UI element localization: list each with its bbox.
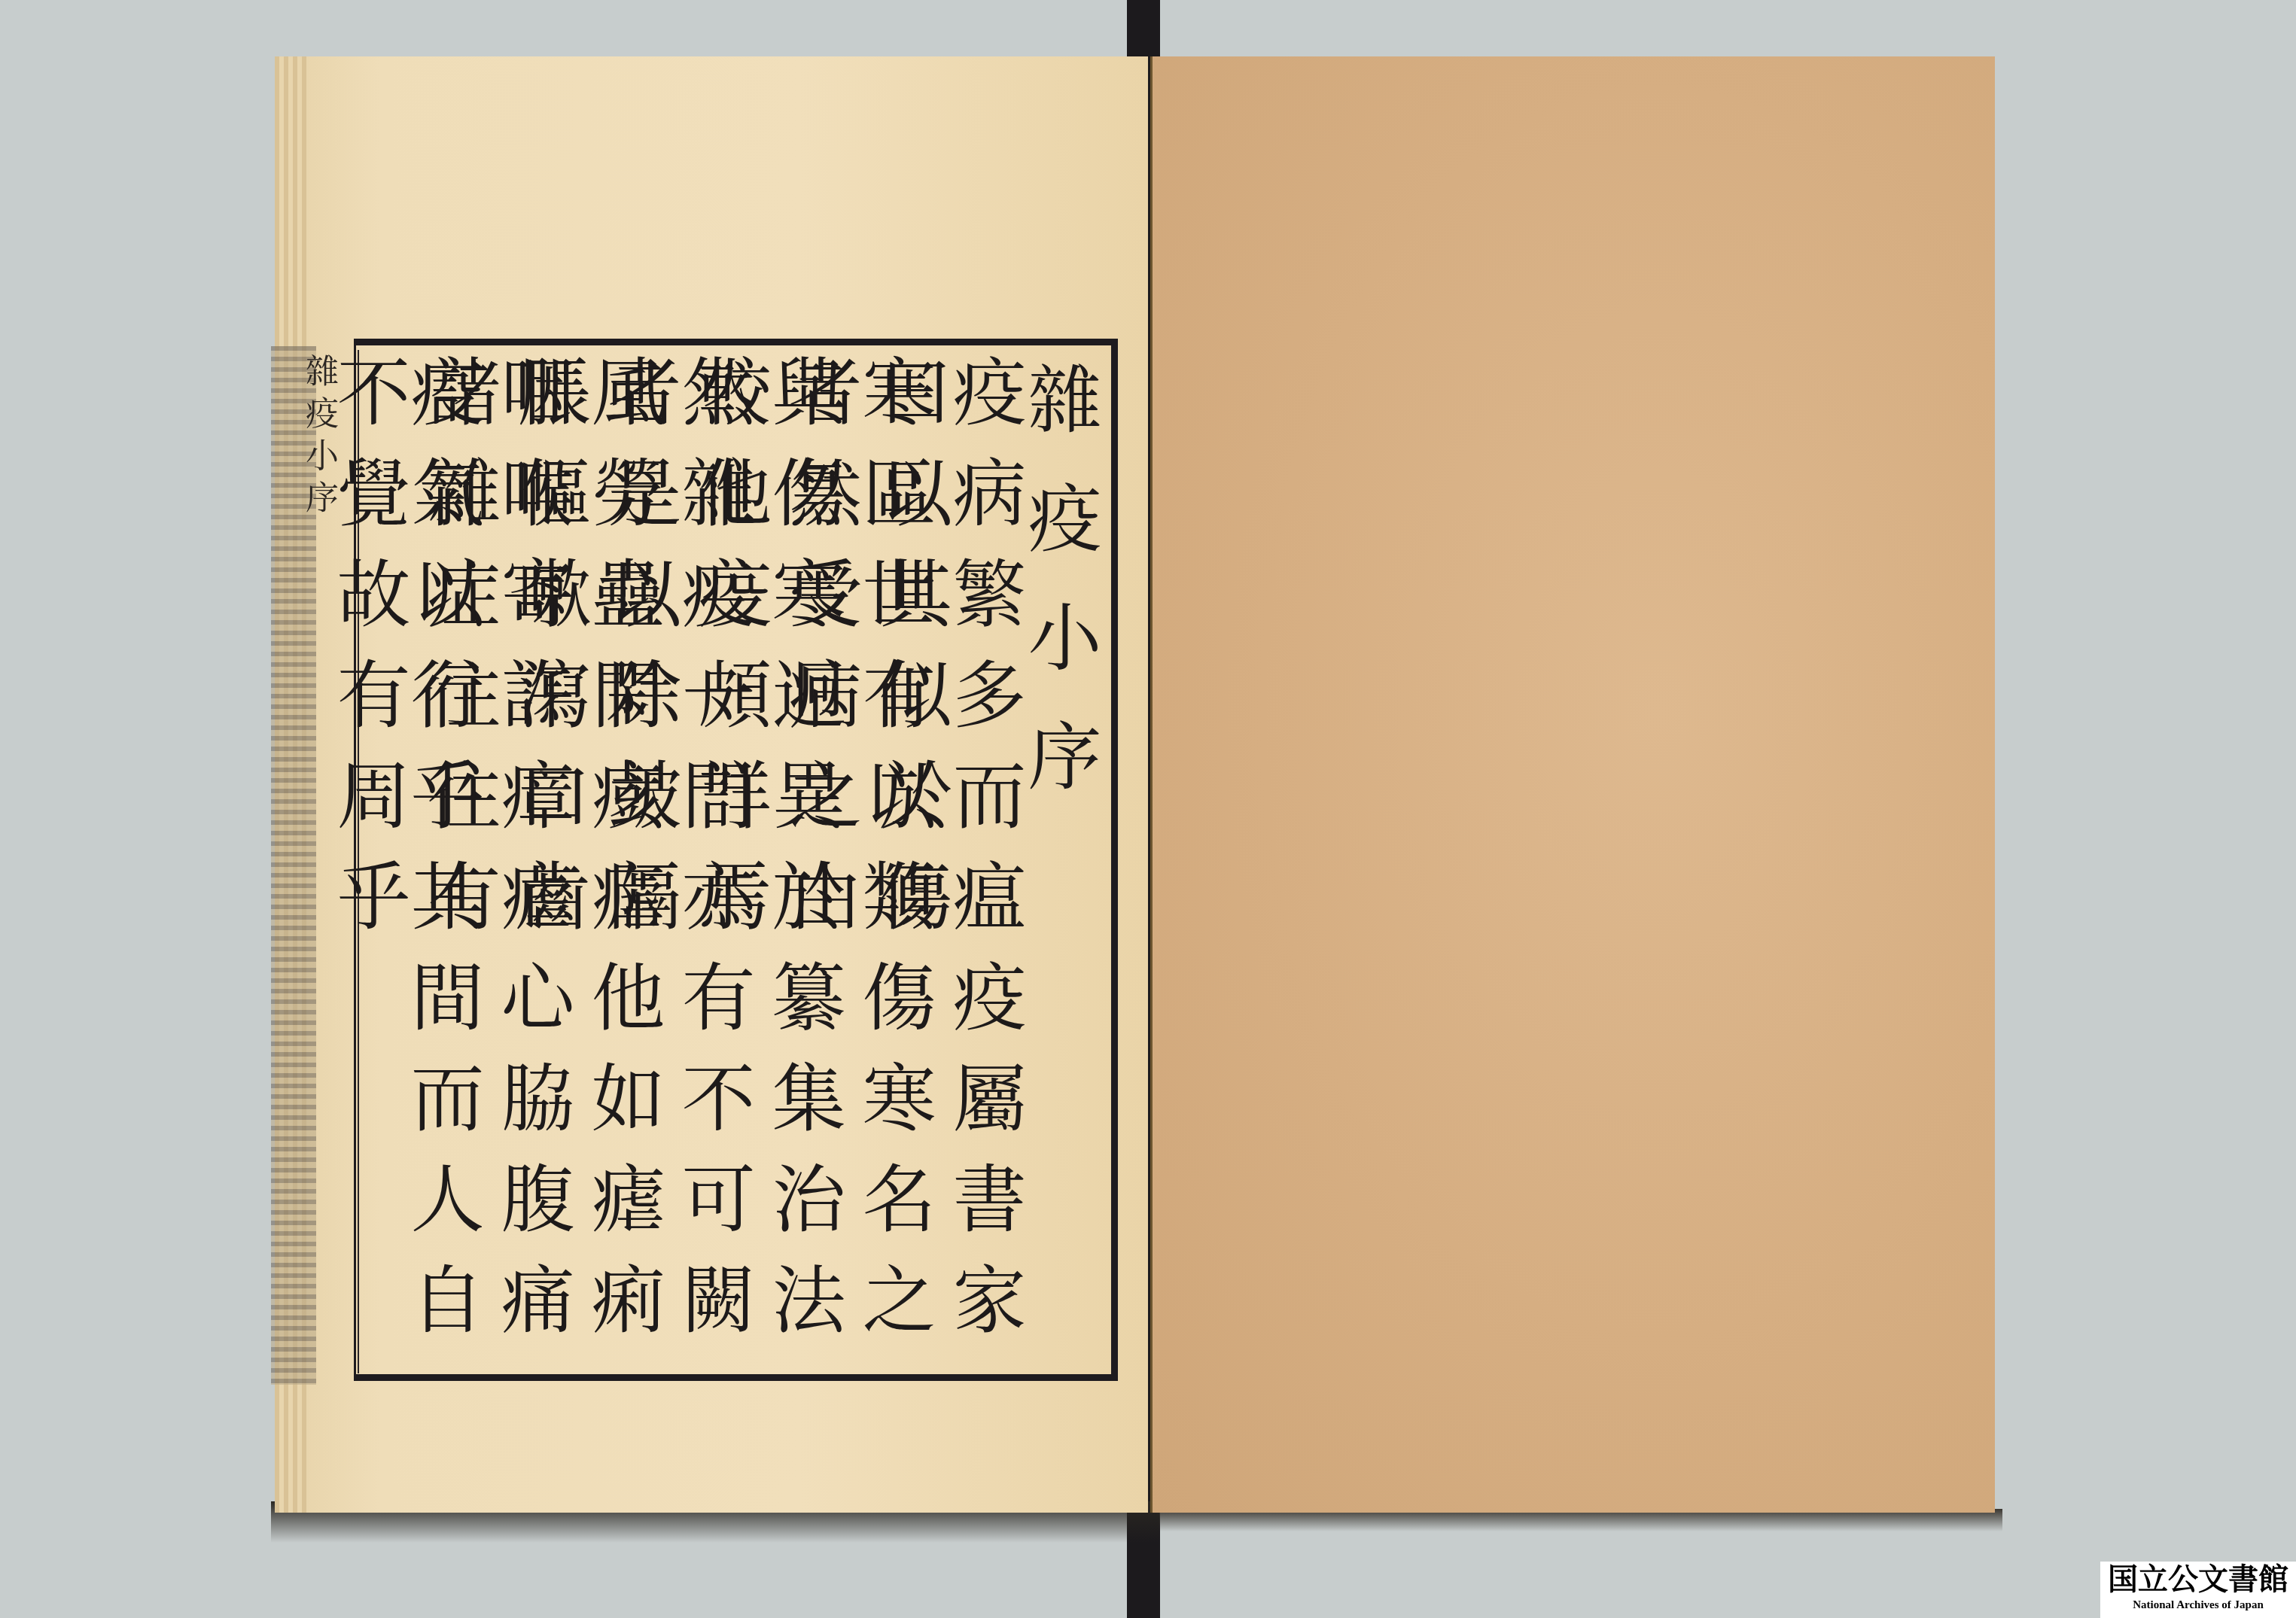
preface-title: 雜疫小序	[1020, 361, 1095, 1377]
archive-watermark: 国立公文書館 National Archives of Japan	[2100, 1562, 2296, 1618]
watermark-japanese: 国立公文書館	[2100, 1562, 2296, 1598]
watermark-english: National Archives of Japan	[2100, 1598, 2296, 1613]
right-page-blank	[1152, 56, 1995, 1513]
book-gutter	[1150, 56, 1153, 1513]
text-block: 雜疫小序 疫病繁多而瘟疫屬書家曰以其似於傷 寒區世有以類傷寒名之者然受病之由 與…	[380, 354, 1103, 1377]
text-column: 疫病繁多而瘟疫屬書家曰以其似於傷	[930, 354, 1020, 1377]
